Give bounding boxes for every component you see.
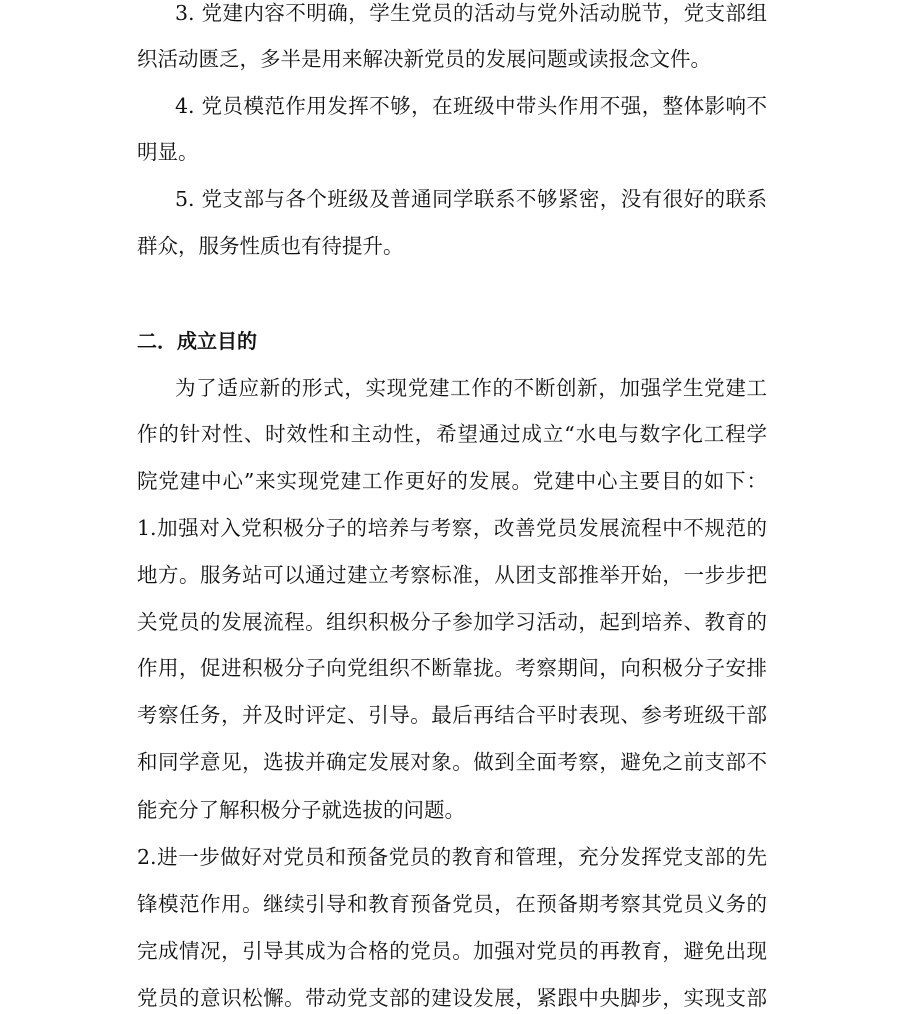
paragraph-line: 织活动匮乏，多半是用来解决新党员的发展问题或读报念文件。 xyxy=(137,46,767,72)
paragraph-line: 考察任务，并及时评定、引导。最后再结合平时表现、参考班级干部 xyxy=(137,702,767,728)
paragraph-line: 锋模范作用。继续引导和教育预备党员，在预备期考察其党员义务的 xyxy=(137,891,767,917)
paragraph-line: 党员的意识松懈。带动党支部的建设发展，紧跟中央脚步，实现支部 xyxy=(137,985,767,1011)
paragraph-line: 作用，促进积极分子向党组织不断靠拢。考察期间，向积极分子安排 xyxy=(137,655,767,681)
paragraph-line: 4. 党员模范作用发挥不够，在班级中带头作用不强，整体影响不 xyxy=(175,93,767,119)
paragraph-line: 关党员的发展流程。组织积极分子参加学习活动，起到培养、教育的 xyxy=(137,609,767,635)
section-heading: 二．成立目的 xyxy=(137,328,257,354)
paragraph-line: 明显。 xyxy=(137,139,767,165)
paragraph-line: 群众，服务性质也有待提升。 xyxy=(137,233,767,259)
paragraph-line: 1.加强对入党积极分子的培养与考察，改善党员发展流程中不规范的 xyxy=(137,515,767,541)
paragraph-line: 能充分了解积极分子就选拔的问题。 xyxy=(137,797,767,823)
paragraph-line: 3. 党建内容不明确，学生党员的活动与党外活动脱节，党支部组 xyxy=(175,0,767,26)
paragraph-line: 和同学意见，选拔并确定发展对象。做到全面考察，避免之前支部不 xyxy=(137,749,767,775)
paragraph-line: 2.进一步做好对党员和预备党员的教育和管理，充分发挥党支部的先 xyxy=(137,844,767,870)
paragraph-line: 作的针对性、时效性和主动性，希望通过成立“水电与数字化工程学 xyxy=(137,421,767,447)
paragraph-line: 为了适应新的形式，实现党建工作的不断创新，加强学生党建工 xyxy=(175,375,767,401)
paragraph-line: 完成情况，引导其成为合格的党员。加强对党员的再教育，避免出现 xyxy=(137,938,767,964)
paragraph-line: 地方。服务站可以通过建立考察标准，从团支部推举开始，一步步把 xyxy=(137,562,767,588)
paragraph-line: 院党建中心”来实现党建工作更好的发展。党建中心主要目的如下： xyxy=(137,468,767,494)
paragraph-line: 5. 党支部与各个班级及普通同学联系不够紧密，没有很好的联系 xyxy=(175,186,767,212)
document-page: 3. 党建内容不明确，学生党员的活动与党外活动脱节，党支部组 织活动匮乏，多半是… xyxy=(0,0,900,1014)
